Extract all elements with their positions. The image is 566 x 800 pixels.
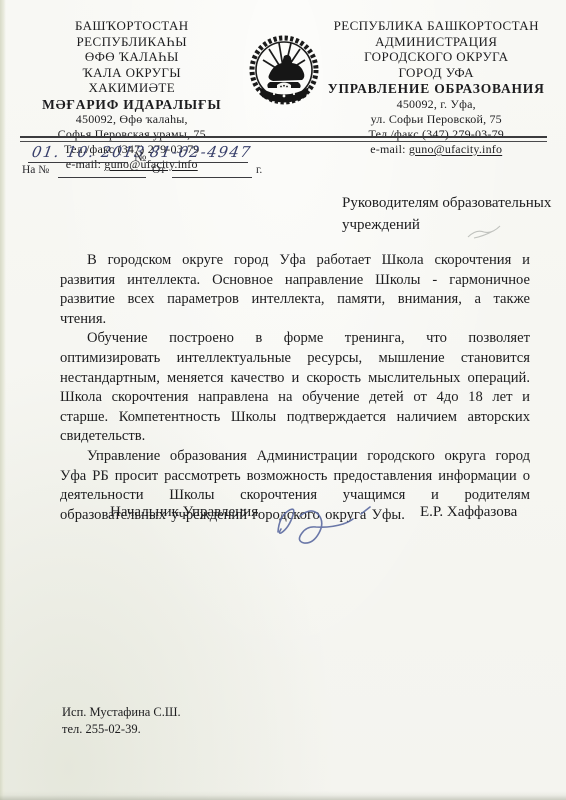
signer-position: Начальник Управления xyxy=(110,504,258,521)
emblem-container xyxy=(244,18,325,172)
letterhead-russian: РЕСПУБЛИКА БАШКОРТОСТАН АДМИНИСТРАЦИЯ ГО… xyxy=(324,18,548,172)
year-suffix: г. xyxy=(256,164,262,176)
org-line: БАШҠОРТОСТАН РЕСПУБЛИКАҺЫ xyxy=(20,18,244,49)
signer-name: Е.Р. Хаффазова xyxy=(420,504,517,521)
org-line: ГОРОД УФА xyxy=(324,65,548,81)
org-line: АДМИНИСТРАЦИЯ xyxy=(324,34,548,50)
on-number-underline xyxy=(58,176,146,178)
executor-line: Исп. Мустафина С.Ш. xyxy=(62,705,181,720)
handwritten-date: 01. 10. 2013 xyxy=(31,143,147,161)
address-line: ул. Софьи Перовской, 75 xyxy=(324,112,548,127)
on-number-label: На № xyxy=(22,164,49,176)
from-label: От xyxy=(152,164,165,176)
letter-body: В городском округе город Уфа работает Шк… xyxy=(60,251,530,525)
bashkortostan-coat-of-arms-icon xyxy=(244,30,324,116)
scanned-letter-page: { "header": { "left": { "lines": [ "БАШҠ… xyxy=(0,0,566,800)
pencil-mark xyxy=(464,223,504,243)
paragraph: В городском округе город Уфа работает Шк… xyxy=(60,251,530,329)
addressee-line: учреждений xyxy=(342,214,552,236)
header-divider-rule xyxy=(20,136,547,142)
org-line: РЕСПУБЛИКА БАШКОРТОСТАН xyxy=(324,18,548,34)
number-underline xyxy=(146,161,248,163)
paragraph: Обучение построено в форме тренинга, что… xyxy=(60,329,530,447)
scan-left-edge xyxy=(0,0,6,800)
address-line: 450092, Өфө ҡалаһы, xyxy=(20,112,244,127)
handwritten-signature xyxy=(258,492,388,554)
email-line: e-mail: guno@ufacity.info xyxy=(324,142,548,157)
org-line: ҠАЛА ОКРУГЫ xyxy=(20,65,244,81)
date-underline xyxy=(28,161,128,163)
org-line: ХАКИМИӘТЕ xyxy=(20,80,244,96)
email-address: guno@ufacity.info xyxy=(409,142,502,156)
handwritten-number: 81-02-4947 xyxy=(149,143,253,161)
email-label: e-mail: xyxy=(370,142,409,156)
org-name: УПРАВЛЕНИЕ ОБРАЗОВАНИЯ xyxy=(324,81,548,97)
org-line: ГОРОДСКОГО ОКРУГА xyxy=(324,49,548,65)
address-line: 450092, г. Уфа, xyxy=(324,97,548,112)
org-name: МӘҒАРИФ ИДАРАЛЫҒЫ xyxy=(20,97,244,113)
org-line: ӨФӨ ҠАЛАҺЫ xyxy=(20,49,244,65)
executor-phone: тел. 255-02-39. xyxy=(62,722,141,737)
addressee-line: Руководителям образовательных xyxy=(342,192,552,214)
number-sign: № xyxy=(134,149,146,165)
from-underline xyxy=(172,176,252,178)
scan-bottom-edge xyxy=(0,791,566,800)
addressee-block: Руководителям образовательных учреждений xyxy=(342,192,552,236)
